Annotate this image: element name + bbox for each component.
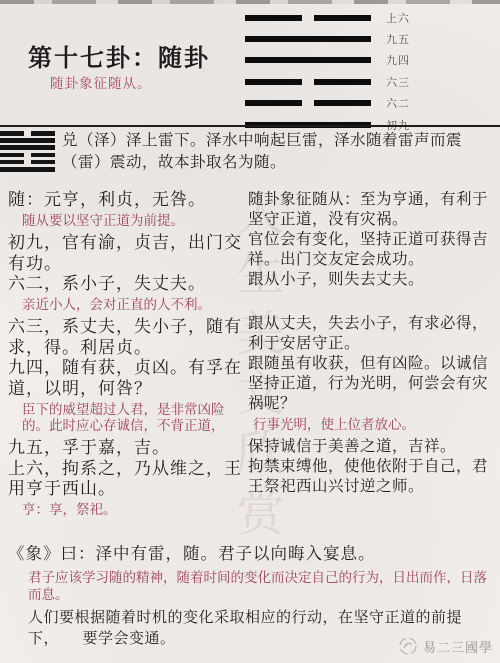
broken-line-icon	[0, 131, 55, 136]
top-edge-smudge	[0, 0, 500, 4]
intro-text: 兑（泽）泽上雷下。泽水中响起巨雷，泽水随着雷声而震（雷）震动，故本卦取名为随。	[62, 130, 492, 174]
solid-line-icon	[0, 138, 55, 143]
scripture-line: 六二，系小子，失丈夫。	[8, 274, 244, 295]
scripture-line: 初九，官有渝，贞吉，出门交有功。	[8, 233, 244, 274]
explanation-line: 跟从小子，则失去丈夫。	[248, 270, 496, 290]
hexagram-diagram: 上六 九五 九四 六三 六二 初九	[245, 7, 410, 135]
xiang-annotation: 君子应该学习随的精神，随着时间的变化而决定自己的行为，日出而作，日落而息。	[8, 569, 488, 603]
broken-line-icon	[0, 160, 55, 165]
page-subtitle: 随卦象征随从。	[50, 72, 270, 92]
hexagram-row-3: 六三	[245, 71, 410, 92]
broken-line-icon	[245, 15, 371, 21]
scripture-line: 上六，拘系之，乃从维之，王用亨于西山。	[8, 459, 244, 500]
annotation-line: 随从要以坚守正道为前提。	[8, 213, 244, 230]
explanation-line: 跟随虽有收获，但有凶险。以诚信坚持正道，行为光明，何尝会有灾祸呢？	[248, 354, 496, 414]
explanation-line: 跟从丈夫，失去小子，有求必得，利于安居守正。	[248, 314, 496, 354]
right-column: 随卦象征随从：至为亨通，有利于坚守正道，没有灾祸。 官位会有变化，坚持正道可获得…	[248, 190, 496, 497]
annotation-line: 亲近小人，会对正直的人不利。	[8, 297, 244, 314]
solid-line-icon	[0, 167, 55, 172]
scripture-line: 随：元亨，利贞，无咎。	[8, 190, 244, 211]
explanation-line: 保持诚信于美善之道，吉祥。	[248, 437, 496, 457]
broken-line-icon	[245, 79, 371, 85]
explanation-line: 官位会有变化，坚持正道可获得吉祥。出门交友定会成功。	[248, 230, 496, 270]
scripture-line: 六三，系丈夫，失小子，随有求，得。利居贞。	[8, 317, 244, 358]
scripture-line: 九四，随有获，贞凶。有孚在道，以明，何咎？	[8, 358, 244, 399]
yi23-logo-icon	[398, 636, 418, 656]
line-label: 六二	[386, 95, 410, 111]
line-label: 六三	[386, 74, 410, 90]
annotation-line: 行事光明，使上位者放心。	[248, 417, 496, 434]
scripture-line: 九五，孚于嘉，吉。	[8, 438, 244, 459]
page-title: 第十七卦：随卦	[28, 38, 258, 73]
hexagram-mini-icon	[0, 131, 55, 174]
broken-line-icon	[245, 100, 371, 106]
broken-line-icon	[0, 153, 55, 158]
annotation-line: 亨：享，祭祀。	[8, 502, 244, 519]
explanation-line: 随卦象征随从：至为亨通，有利于坚守正道，没有灾祸。	[248, 190, 496, 230]
hexagram-row-4: 九四	[245, 50, 410, 71]
xiang-section: 《象》曰：泽中有雷，随。君子以向晦入宴息。 君子应该学习随的精神，随着时间的变化…	[8, 540, 496, 650]
line-label: 九四	[386, 52, 410, 68]
xiang-quote: 《象》曰：泽中有雷，随。君子以向晦入宴息。	[8, 540, 496, 564]
solid-line-icon	[245, 36, 371, 42]
solid-line-icon	[245, 57, 371, 63]
line-label: 上六	[386, 10, 410, 26]
left-column: 随：元亨，利贞，无咎。 随从要以坚守正道为前提。 初九，官有渝，贞吉，出门交有功…	[8, 190, 244, 522]
explanation-line: 拘禁束缚他，使他依附于自己，君王祭祀西山兴讨逆之师。	[248, 457, 496, 497]
brand-name: 易二三國學	[423, 637, 493, 656]
solid-line-icon	[0, 145, 55, 150]
hexagram-row-top: 上六	[245, 7, 410, 28]
annotation-line: 臣下的威望超过人君，是非常凶险的。此时应心存诚信，不背正道，	[8, 402, 244, 435]
line-label: 九五	[386, 31, 410, 47]
scripture-page: 人生美文欣赏 第十七卦：随卦 随卦象征随从。 上六 九五 九四 六三 六二 初九	[0, 0, 500, 663]
brand-watermark: 易二三國學	[398, 636, 493, 656]
hexagram-row-5: 九五	[245, 28, 410, 49]
section-divider	[0, 125, 500, 127]
hexagram-row-2: 六二	[245, 93, 410, 114]
